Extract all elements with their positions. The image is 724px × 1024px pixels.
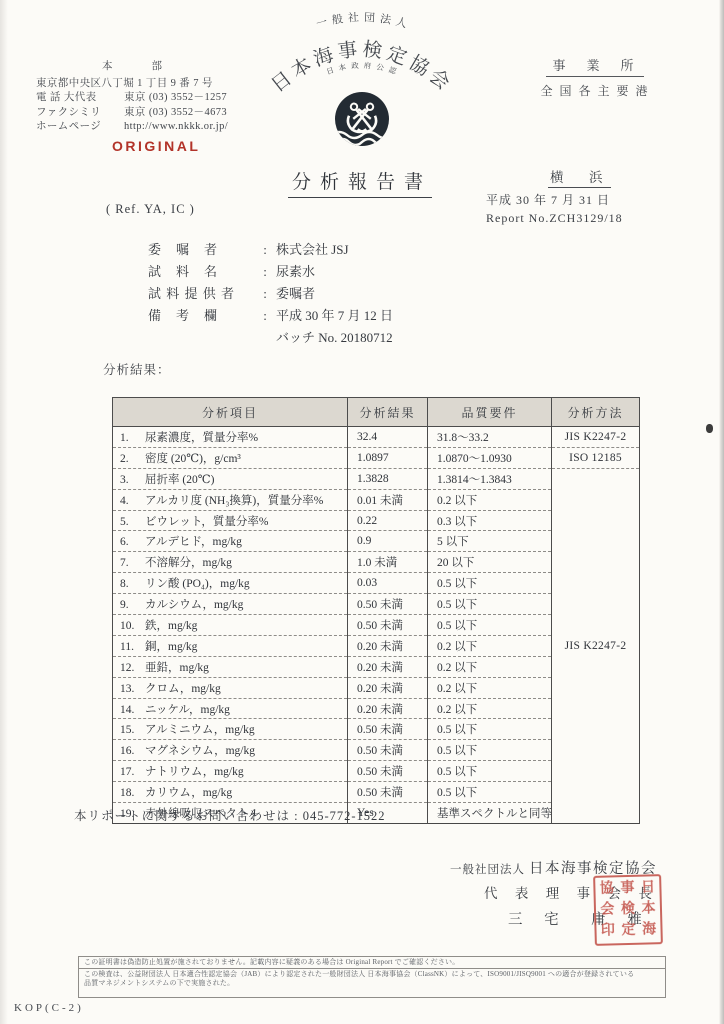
branch-office-label: 事 業 所 [546,55,643,77]
result-cell: 0.20 未満 [348,656,428,677]
item-cell: 3.屈折率 (20℃) [113,468,348,489]
item-number: 11. [120,641,145,653]
item-name: ナトリウム，mg/kg [145,766,244,778]
remarks-row: 備 考 欄 : 平成 30 年 7 月 12 日 [148,305,393,327]
quality-cell: 0.2 以下 [428,698,552,719]
sample-info-block: 委 嘱 者 : 株式会社 JSJ 試 料 名 : 尿素水 試 料 提 供 者 :… [148,239,393,349]
quality-cell: 0.5 以下 [428,594,552,615]
head-office-label: 本 部 [36,60,234,75]
quality-cell: 5 以下 [428,531,552,552]
item-number: 15. [120,724,145,736]
item-number: 18. [120,787,145,799]
result-cell: 0.20 未満 [348,698,428,719]
document-title: 分析報告書 [288,167,432,198]
item-name: クロム，mg/kg [145,683,221,695]
item-cell: 5.ビウレット，質量分率% [113,510,348,531]
seal-char: 海 [639,921,660,942]
homepage-line: ホームページ http://www.nkkk.or.jp/ [36,120,234,135]
client-value: 株式会社 JSJ [276,239,349,261]
item-number: 5. [120,516,145,528]
item-cell: 14.ニッケル，mg/kg [113,698,348,719]
quality-cell: 0.5 以下 [428,719,552,740]
item-number: 8. [120,578,145,590]
association-emblem: 一 般 社 団 法 人 日本海事検定協会 日 本 政 府 公 認 [252,5,482,160]
phone-value: 東京 (03) 3552－1257 [124,91,227,106]
scanned-analysis-report-page: 本 部 東京都中央区八丁堀 1 丁目 9 番 7 号 電 話 大代表 東京 (0… [0,0,724,1024]
item-number: 4. [120,495,145,507]
table-header-row: 分析項目 分析結果 品質要件 分析方法 [113,398,640,427]
branch-office-block: 事 業 所 全 国 各 主 要 港 [520,55,670,99]
item-number: 7. [120,557,145,569]
item-name: アルミニウム，mg/kg [145,724,255,736]
item-cell: 9.カルシウム，mg/kg [113,594,348,615]
item-name: 密度 (20℃)，g/cm³ [145,453,241,465]
form-code: KOP(C-2) [14,1002,84,1014]
seal-char: 定 [618,921,639,942]
result-cell: 0.01 未満 [348,489,428,510]
sample-name-row: 試 料 名 : 尿素水 [148,261,393,283]
item-cell: 8.リン酸 (PO₄)，mg/kg [113,573,348,594]
item-number: 2. [120,453,145,465]
item-name: 屈折率 (20℃) [145,474,214,486]
report-meta-block: 横 浜 平成 30 年 7 月 31 日 Report No.ZCH3129/1… [486,166,671,226]
item-number: 3. [120,474,145,486]
result-cell: 0.50 未満 [348,719,428,740]
item-cell: 1.尿素濃度，質量分率% [113,427,348,448]
report-date: 平成 30 年 7 月 31 日 [486,191,671,208]
item-name: 亜鉛，mg/kg [145,662,209,674]
colon: : [254,283,276,305]
item-number: 10. [120,620,145,632]
client-label: 委 嘱 者 [148,239,254,261]
quality-cell: 0.3 以下 [428,510,552,531]
seal-char: 印 [597,922,618,943]
reference-code: ( Ref. YA, IC ) [106,202,195,217]
quality-cell: 20 以下 [428,552,552,573]
results-table-wrap: 分析項目 分析結果 品質要件 分析方法 1.尿素濃度，質量分率% 32.4 31… [112,397,640,824]
result-cell: 0.50 未満 [348,594,428,615]
item-number: 1. [120,432,145,444]
quality-cell: 0.5 以下 [428,740,552,761]
result-cell: 1.3828 [348,468,428,489]
results-table-body: 1.尿素濃度，質量分率% 32.4 31.8～33.2 JIS K2247-2 … [113,427,640,824]
scan-right-edge-shadow [719,0,724,1024]
col-header-item: 分析項目 [113,398,348,427]
seal-char: 事 [617,878,638,899]
quality-cell: 1.0870～1.0930 [428,447,552,468]
item-name: 鉄，mg/kg [145,620,197,632]
table-row: 1.尿素濃度，質量分率% 32.4 31.8～33.2 JIS K2247-2 [113,427,640,448]
method-cell: ISO 12185 [552,447,640,468]
table-row: 3.屈折率 (20℃) 1.3828 1.3814～1.3843 JIS K22… [113,468,640,489]
scan-left-edge-shadow [0,0,8,1024]
quality-cell: 0.2 以下 [428,656,552,677]
seal-char: 日 [638,878,659,899]
item-number: 14. [120,704,145,716]
fax-line: ファクシミリ 東京 (03) 3552－4673 [36,106,234,121]
result-cell: 0.50 未満 [348,782,428,803]
result-cell: 0.50 未満 [348,615,428,636]
item-cell: 10.鉄，mg/kg [113,615,348,636]
phone-line: 電 話 大代表 東京 (03) 3552－1257 [36,91,234,106]
result-cell: 1.0897 [348,447,428,468]
item-name: 不溶解分，mg/kg [145,557,232,569]
item-number: 17. [120,766,145,778]
colon: : [254,305,276,327]
report-number: Report No.ZCH3129/18 [486,211,671,226]
method-cell: JIS K2247-2 [552,468,640,823]
remarks-batch-number: バッチ No. 20180712 [276,327,393,349]
sample-name-value: 尿素水 [276,261,315,283]
quality-cell: 0.2 以下 [428,677,552,698]
item-name: アルデヒド，mg/kg [145,536,242,548]
result-cell: 0.9 [348,531,428,552]
item-number: 16. [120,745,145,757]
item-number: 12. [120,662,145,674]
seal-char: 協 [596,879,617,900]
item-name: 銅，mg/kg [145,641,197,653]
item-cell: 18.カリウム，mg/kg [113,782,348,803]
head-office-address: 東京都中央区八丁堀 1 丁目 9 番 7 号 [36,77,234,92]
item-name: カリウム，mg/kg [145,787,232,799]
col-header-quality: 品質要件 [428,398,552,427]
sample-name-label: 試 料 名 [148,261,254,283]
fineprint-quality-system-note: この検査は、公益財団法人 日本適合性認定協会（JAB）により認定された一般財団法… [78,968,666,998]
emblem-arc-corporate-type: 一 般 社 団 法 人 [315,10,409,31]
item-cell: 7.不溶解分，mg/kg [113,552,348,573]
fineprint-line3: 品質マネジメントシステムの下で実施された。 [84,979,660,988]
table-row: 2.密度 (20℃)，g/cm³ 1.0897 1.0870～1.0930 IS… [113,447,640,468]
item-number: 6. [120,536,145,548]
sample-provider-label: 試 料 提 供 者 [148,283,254,305]
homepage-url: http://www.nkkk.or.jp/ [124,120,228,135]
method-cell: JIS K2247-2 [552,427,640,448]
result-cell: 0.03 [348,573,428,594]
quality-cell: 1.3814～1.3843 [428,468,552,489]
col-header-result: 分析結果 [348,398,428,427]
remarks-label: 備 考 欄 [148,305,254,327]
item-cell: 2.密度 (20℃)，g/cm³ [113,447,348,468]
item-cell: 6.アルデヒド，mg/kg [113,531,348,552]
item-number: 9. [120,599,145,611]
item-cell: 17.ナトリウム，mg/kg [113,761,348,782]
results-section-label: 分析結果： [103,360,171,378]
item-cell: 15.アルミニウム，mg/kg [113,719,348,740]
quality-cell: 基準スペクトルと同等 [428,803,552,824]
phone-label: 電 話 大代表 [36,91,124,106]
signature-org-type: 一般社団法人 [450,864,525,876]
item-name: アルカリ度 (NH₃換算)，質量分率% [145,495,323,507]
item-cell: 16.マグネシウム，mg/kg [113,740,348,761]
result-cell: 32.4 [348,427,428,448]
item-cell: 11.銅，mg/kg [113,635,348,656]
crossed-anchors-logo-icon [332,92,392,146]
scan-ink-spot [706,424,713,433]
results-table: 分析項目 分析結果 品質要件 分析方法 1.尿素濃度，質量分率% 32.4 31… [112,397,640,824]
head-office-block: 本 部 東京都中央区八丁堀 1 丁目 9 番 7 号 電 話 大代表 東京 (0… [36,60,234,135]
item-number: 13. [120,683,145,695]
quality-cell: 31.8～33.2 [428,427,552,448]
result-cell: 0.50 未満 [348,761,428,782]
sample-provider-value: 委嘱者 [276,283,315,305]
col-header-method: 分析方法 [552,398,640,427]
item-cell: 4.アルカリ度 (NH₃換算)，質量分率% [113,489,348,510]
quality-cell: 0.5 以下 [428,782,552,803]
branch-office-value: 全 国 各 主 要 港 [520,82,670,99]
quality-cell: 0.5 以下 [428,761,552,782]
item-cell: 12.亜鉛，mg/kg [113,656,348,677]
quality-cell: 0.5 以下 [428,615,552,636]
remarks-value: 平成 30 年 7 月 12 日 [276,305,393,327]
sample-provider-row: 試 料 提 供 者 : 委嘱者 [148,283,393,305]
seal-char: 検 [617,900,638,921]
fax-label: ファクシミリ [36,106,124,121]
seal-char: 本 [638,899,659,920]
result-cell: 1.0 未満 [348,552,428,573]
item-cell: 13.クロム，mg/kg [113,677,348,698]
homepage-label: ホームページ [36,120,124,135]
item-name: ニッケル，mg/kg [145,704,230,716]
colon: : [254,261,276,283]
issuing-port: 横 浜 [548,166,611,188]
inquiry-phone-line: 本リポートに関するお問い合わせは : 045-772-1522 [74,806,386,824]
quality-cell: 0.2 以下 [428,635,552,656]
red-seal-stamp: 協事日会検本印定海 [593,874,663,946]
item-name: 尿素濃度，質量分率% [145,432,258,444]
result-cell: 0.20 未満 [348,635,428,656]
client-row: 委 嘱 者 : 株式会社 JSJ [148,239,393,261]
result-cell: 0.22 [348,510,428,531]
quality-cell: 0.2 以下 [428,489,552,510]
fineprint-line2: この検査は、公益財団法人 日本適合性認定協会（JAB）により認定された一般財団法… [84,970,660,979]
item-name: カルシウム，mg/kg [145,599,243,611]
seal-char: 会 [597,900,618,921]
quality-cell: 0.5 以下 [428,573,552,594]
item-name: マグネシウム，mg/kg [145,745,255,757]
item-name: ビウレット，質量分率% [145,516,268,528]
fax-value: 東京 (03) 3552－4673 [124,106,227,121]
result-cell: 0.50 未満 [348,740,428,761]
item-name: リン酸 (PO₄)，mg/kg [145,578,250,590]
original-stamp: ORIGINAL [112,138,200,154]
result-cell: 0.20 未満 [348,677,428,698]
colon: : [254,239,276,261]
